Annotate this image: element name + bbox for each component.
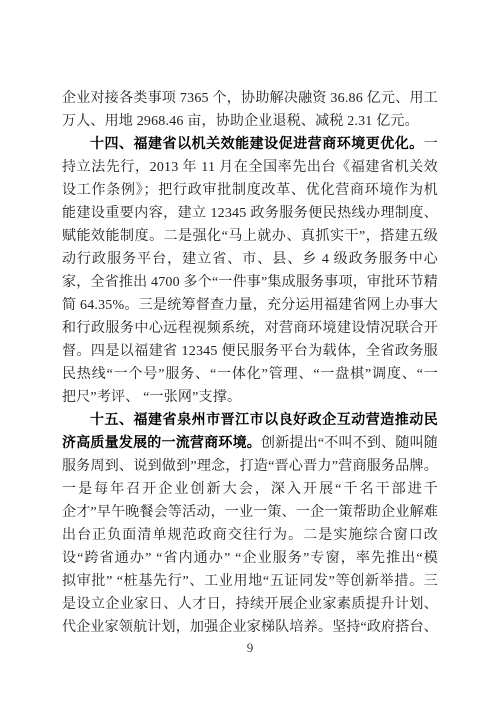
- text-line: 简 64.35%。三是统筹督查力量，充分运用福建省网上办事大厅: [62, 294, 438, 317]
- paragraph-body-text: 代企业家领航计划，加强企业家梯队培养。坚持“政府搭台、乡: [62, 620, 438, 639]
- page-number: 9: [0, 638, 500, 658]
- text-line: 把尺”考评、 “一张网”支撑。: [62, 386, 438, 409]
- paragraph-body-text: 民热线“一个号”服务、“一体化”管理、“一盘棋”调度、“一: [62, 367, 438, 382]
- paragraph-body-text: 督。四是以福建省 12345 便民服务平台为载体，全省政务服务便: [62, 344, 438, 363]
- paragraph-body-text: 一是每年召开企业创新大会，深入开展“千名干部进千企”、“政: [62, 482, 438, 501]
- paragraph-body-text: 出台正负面清单规范政商交往行为。二是实施综合窗口改革，开: [62, 528, 438, 547]
- text-line: 十四、福建省以机关效能建设促进营商环境更优化。一是坚: [62, 133, 438, 156]
- paragraph-body-text: 能建设重要内容，建立 12345 政务服务便民热线办理制度、数字: [62, 206, 438, 225]
- text-line: 督。四是以福建省 12345 便民服务平台为载体，全省政务服务便: [62, 340, 438, 363]
- text-line: 能建设重要内容，建立 12345 政务服务便民热线办理制度、数字: [62, 202, 438, 225]
- text-line: 万人、用地 2968.46 亩，协助企业退税、减税 2.31 亿元。: [62, 110, 438, 133]
- text-line: 企才”早午晚餐会等活动，一业一策、一企一策帮助企业解难题。: [62, 501, 438, 524]
- paragraph-heading-text: 十五、福建省泉州市晋江市以良好政企互动营造推动民营经: [62, 413, 438, 432]
- text-line: 十五、福建省泉州市晋江市以良好政企互动营造推动民营经: [62, 409, 438, 432]
- paragraph-body-text: 家，全省推出 4700 多个“一件事”集成服务事项，审批环节精: [62, 275, 438, 290]
- text-line: 是设立企业家日、人才日，持续开展企业家素质提升计划、新生: [62, 593, 438, 616]
- paragraph-heading-text: 十四、福建省以机关效能建设促进营商环境更优化。: [90, 137, 424, 152]
- paragraph-body-text: 设工作条例》；把行政审批制度改革、优化营商环境作为机关效: [62, 183, 438, 202]
- paragraph-body-text: 企业对接各类事项 7365 个，协助解决融资 36.86 亿元、用工 4.21: [62, 91, 438, 110]
- text-line: 和行政服务中心远程视频系统，对营商环境建设情况联合开展监: [62, 317, 438, 340]
- paragraph-body-text: 把尺”考评、 “一张网”支撑。: [62, 390, 241, 405]
- paragraph-body-text: 企才”早午晚餐会等活动，一业一策、一企一策帮助企业解难题。: [62, 505, 438, 524]
- text-line: 持立法先行，2013 年 11 月在全国率先出台《福建省机关效能建: [62, 156, 438, 179]
- text-line: 企业对接各类事项 7365 个，协助解决融资 36.86 亿元、用工 4.21: [62, 87, 438, 110]
- paragraph-body-text: 拟审批” “桩基先行”、工业用地“五证同发”等创新举措。三: [62, 574, 438, 589]
- text-line: 服务周到、说到做到”理念，打造“晋心晋力”营商服务品牌。: [62, 455, 438, 478]
- text-line: 济高质量发展的一流营商环境。创新提出“不叫不到、随叫随到、: [62, 432, 438, 455]
- paragraph-body-text: 动行政服务平台，建立省、市、县、乡 4 级政务服务中心 1744: [62, 252, 438, 271]
- paragraph-body-text: 是设立企业家日、人才日，持续开展企业家素质提升计划、新生: [62, 597, 438, 616]
- paragraph-body-text: 设“跨省通办” “省内通办” “企业服务”专窗，率先推出“模: [62, 551, 438, 566]
- paragraph-body-text: 持立法先行，2013 年 11 月在全国率先出台《福建省机关效能建: [62, 160, 438, 179]
- paragraph-body-text: 万人、用地 2968.46 亩，协助企业退税、减税 2.31 亿元。: [62, 114, 419, 129]
- paragraph-body-text: 服务周到、说到做到”理念，打造“晋心晋力”营商服务品牌。: [62, 459, 438, 474]
- text-line: 设“跨省通办” “省内通办” “企业服务”专窗，率先推出“模: [62, 547, 438, 570]
- text-line: 拟审批” “桩基先行”、工业用地“五证同发”等创新举措。三: [62, 570, 438, 593]
- text-line: 一是每年召开企业创新大会，深入开展“千名干部进千企”、“政: [62, 478, 438, 501]
- text-line: 设工作条例》；把行政审批制度改革、优化营商环境作为机关效: [62, 179, 438, 202]
- text-line: 赋能效能制度。二是强化“马上就办、真抓实干”，搭建五级联: [62, 225, 438, 248]
- paragraph-body-text: 简 64.35%。三是统筹督查力量，充分运用福建省网上办事大厅: [62, 298, 438, 317]
- text-line: 动行政服务平台，建立省、市、县、乡 4 级政务服务中心 1744: [62, 248, 438, 271]
- text-line: 出台正负面清单规范政商交往行为。二是实施综合窗口改革，开: [62, 524, 438, 547]
- text-line: 代企业家领航计划，加强企业家梯队培养。坚持“政府搭台、乡: [62, 616, 438, 639]
- paragraph-body-text: 赋能效能制度。二是强化“马上就办、真抓实干”，搭建五级联: [62, 229, 438, 248]
- paragraph-heading-text: 济高质量发展的一流营商环境。: [62, 436, 261, 451]
- document-page: 企业对接各类事项 7365 个，协助解决融资 36.86 亿元、用工 4.21万…: [0, 0, 500, 707]
- paragraph-body-text: 和行政服务中心远程视频系统，对营商环境建设情况联合开展监: [62, 321, 438, 340]
- text-line: 民热线“一个号”服务、“一体化”管理、“一盘棋”调度、“一: [62, 363, 438, 386]
- text-block: 企业对接各类事项 7365 个，协助解决融资 36.86 亿元、用工 4.21万…: [62, 87, 438, 639]
- text-line: 家，全省推出 4700 多个“一件事”集成服务事项，审批环节精: [62, 271, 438, 294]
